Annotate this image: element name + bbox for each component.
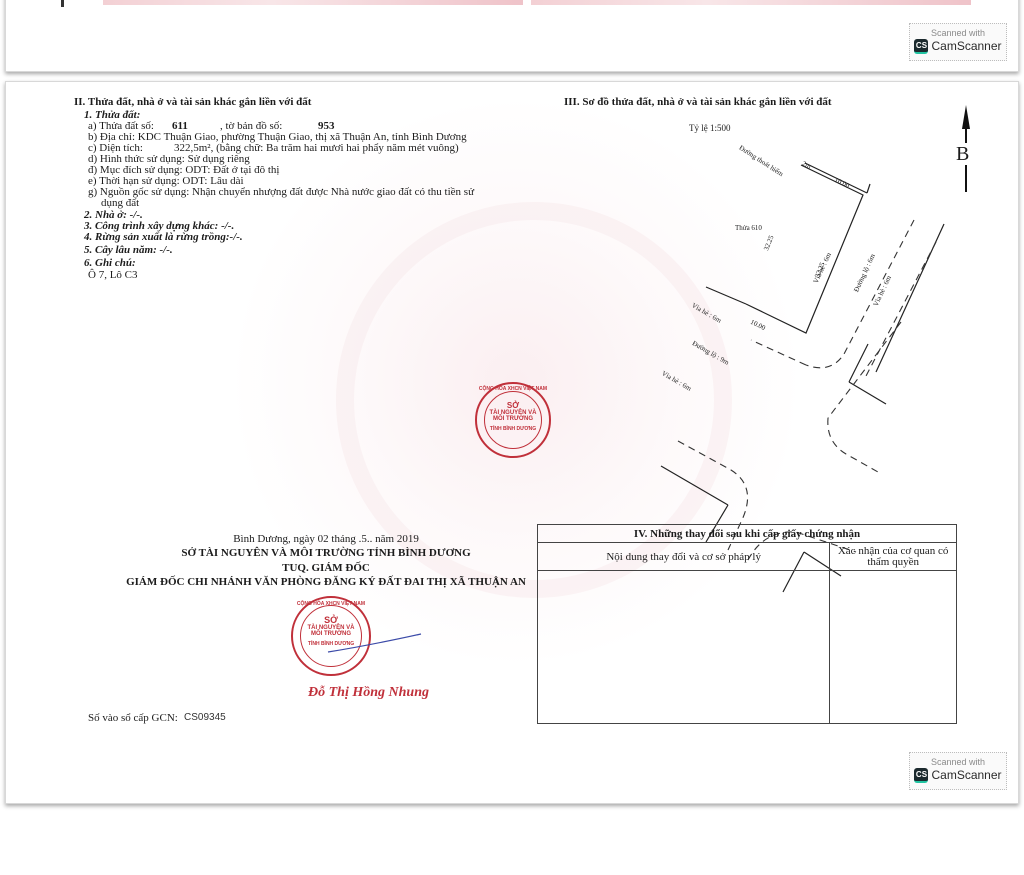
changes-cell-content [538,571,830,724]
issuing-org: SỞ TÀI NGUYÊN VÀ MÔI TRƯỜNG TỈNH BÌNH DƯ… [116,547,536,559]
gcn-number: CS09345 [184,712,226,724]
changes-table: IV. Những thay đổi sau khi cấp giấy chứn… [537,524,957,724]
scan-page-certificate: II. Thửa đất, nhà ở và tài sản khác gắn … [5,81,1019,804]
neighbor-parcel-label: Thửa 610 [735,222,762,234]
camscanner-logo-icon: CS [914,768,928,783]
gcn-label: Số vào sổ cấp GCN: [88,712,178,724]
camscanner-badge: Scanned with CSCamScanner [909,23,1007,61]
section4-title: IV. Những thay đổi sau khi cấp giấy chứn… [538,525,957,543]
changes-col-content: Nội dung thay đổi và cơ sở pháp lý [538,543,830,571]
changes-cell-confirmation [830,571,957,724]
certificate-border-strip [61,0,981,9]
director-title: GIÁM ĐỐC CHI NHÁNH VĂN PHÒNG ĐĂNG KÝ ĐẤT… [116,576,536,588]
issue-date: Bình Dương, ngày 02 tháng .5.. năm 2019 [116,533,536,545]
changes-col-confirmation: Xác nhận của cơ quan có thẩm quyền [830,543,957,571]
official-stamp-center: CỘNG HÒA XHCN VIỆT NAM SỞ TÀI NGUYÊN VÀ … [475,382,551,458]
camscanner-logo-icon: CS [914,39,928,54]
tuq-label: TUQ. GIÁM ĐỐC [116,562,536,574]
camscanner-badge: Scanned with CSCamScanner [909,752,1007,790]
scan-page-previous: Scanned with CSCamScanner [5,0,1019,72]
signature-stroke [326,630,426,660]
signer-name: Đỗ Thị Hồng Nhung [308,685,429,701]
